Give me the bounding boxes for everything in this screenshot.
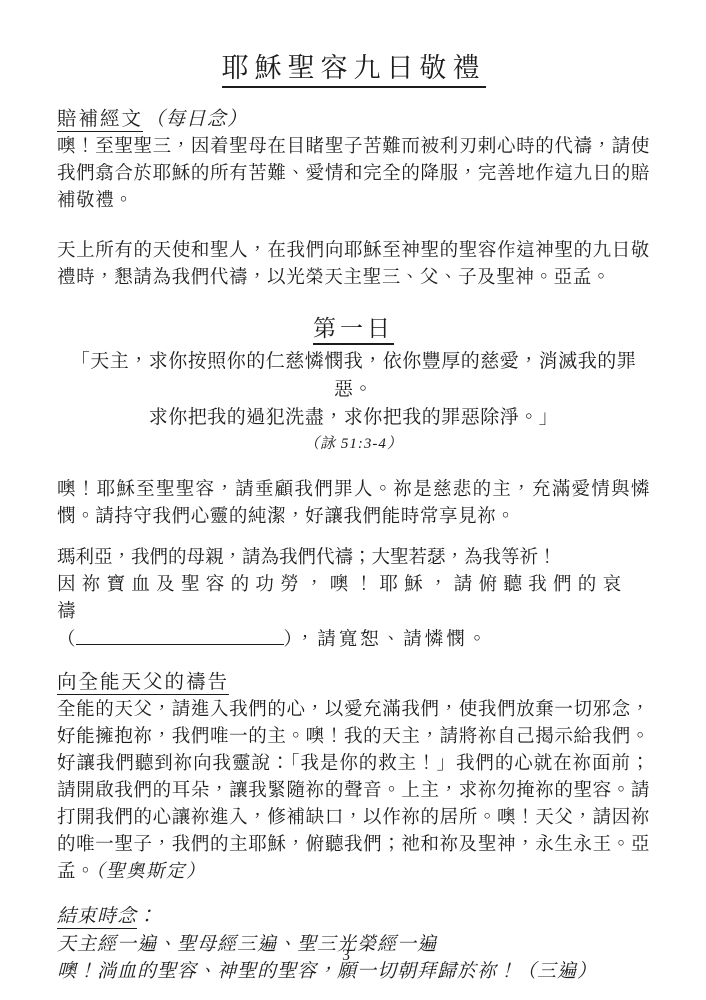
day1-heading-text: 第一日 — [313, 316, 394, 345]
prayer-father-body: 全能的天父，請進入我們的心，以愛充滿我們，使我們放棄一切邪念，好能擁抱祢，我們唯… — [57, 700, 650, 882]
day1-paragraph-1: 噢！耶穌至聖聖容，請垂顧我們罪人。祢是慈悲的主，充滿愛情與憐憫。請持守我們心靈的… — [57, 477, 650, 531]
psalm-quote-line-1: 「天主，求你按照你的仁慈憐憫我，依你豐厚的慈愛，消滅我的罪惡。 — [57, 348, 650, 404]
prayer-father-attribution: （聖奧斯定） — [95, 862, 206, 882]
closing-heading-line: 結束時念： — [57, 903, 650, 931]
scripture-reference: （詠 51:3-4） — [57, 434, 650, 454]
petition-line-blank: （），請寬恕、請憐憫。 — [57, 626, 650, 654]
psalm-quote: 「天主，求你按照你的仁慈憐憫我，依你豐厚的慈愛，消滅我的罪惡。 求你把我的過犯洗… — [57, 348, 650, 432]
day1-heading: 第一日 — [57, 314, 650, 344]
section-heading-prayer-father: 向全能天父的禱告 — [57, 669, 650, 696]
prayer-father-heading-text: 向全能天父的禱告 — [57, 672, 229, 695]
page-title-text: 耶穌聖容九日敬禮 — [222, 53, 486, 88]
reparation-paragraph-1: 噢！至聖聖三，因着聖母在目睹聖子苦難而被利刃剌心時的代禱，請使我們翕合於耶穌的所… — [57, 134, 650, 215]
reparation-heading-text: 賠補經文 — [57, 109, 143, 132]
closing-heading-colon: ： — [137, 906, 157, 927]
reparation-paragraph-2: 天上所有的天使和聖人，在我們向耶穌至神聖的聖容作這神聖的九日敬禮時，懇請為我們代… — [57, 238, 650, 292]
closing-block: 結束時念： 天主經一遍、聖母經三遍、聖三光榮經一遍 噢！淌血的聖容、神聖的聖容，… — [57, 903, 650, 986]
psalm-quote-line-2: 求你把我的過犯洗盡，求你把我的罪惡除淨。」 — [57, 404, 650, 432]
page-number: 3 — [0, 947, 692, 965]
reparation-heading-note: （每日念） — [145, 109, 248, 130]
fill-in-blank-field — [76, 626, 284, 645]
section-heading-reparation: 賠補經文（每日念） — [57, 106, 650, 133]
prayer-father-paragraph: 全能的天父，請進入我們的心，以愛充滿我們，使我們放棄一切邪念，好能擁抱祢，我們唯… — [57, 697, 650, 886]
petition-line-blood: 因祢寶血及聖容的功勞，噢！耶穌，請俯聽我們的哀禱 — [57, 572, 650, 626]
page-title: 耶穌聖容九日敬禮 — [57, 50, 650, 86]
petition-line-mary: 瑪利亞，我們的母親，請為我們代禱；大聖若瑟，為我等祈！ — [57, 545, 650, 572]
petition-block: 瑪利亞，我們的母親，請為我們代禱；大聖若瑟，為我等祈！ 因祢寶血及聖容的功勞，噢… — [57, 545, 650, 654]
blank-open-paren: （ — [57, 630, 76, 650]
document-page: 耶穌聖容九日敬禮 賠補經文（每日念） 噢！至聖聖三，因着聖母在目睹聖子苦難而被利… — [0, 0, 706, 1000]
closing-heading-text: 結束時念 — [57, 906, 137, 929]
blank-close-text: ），請寬恕、請憐憫。 — [284, 630, 490, 650]
